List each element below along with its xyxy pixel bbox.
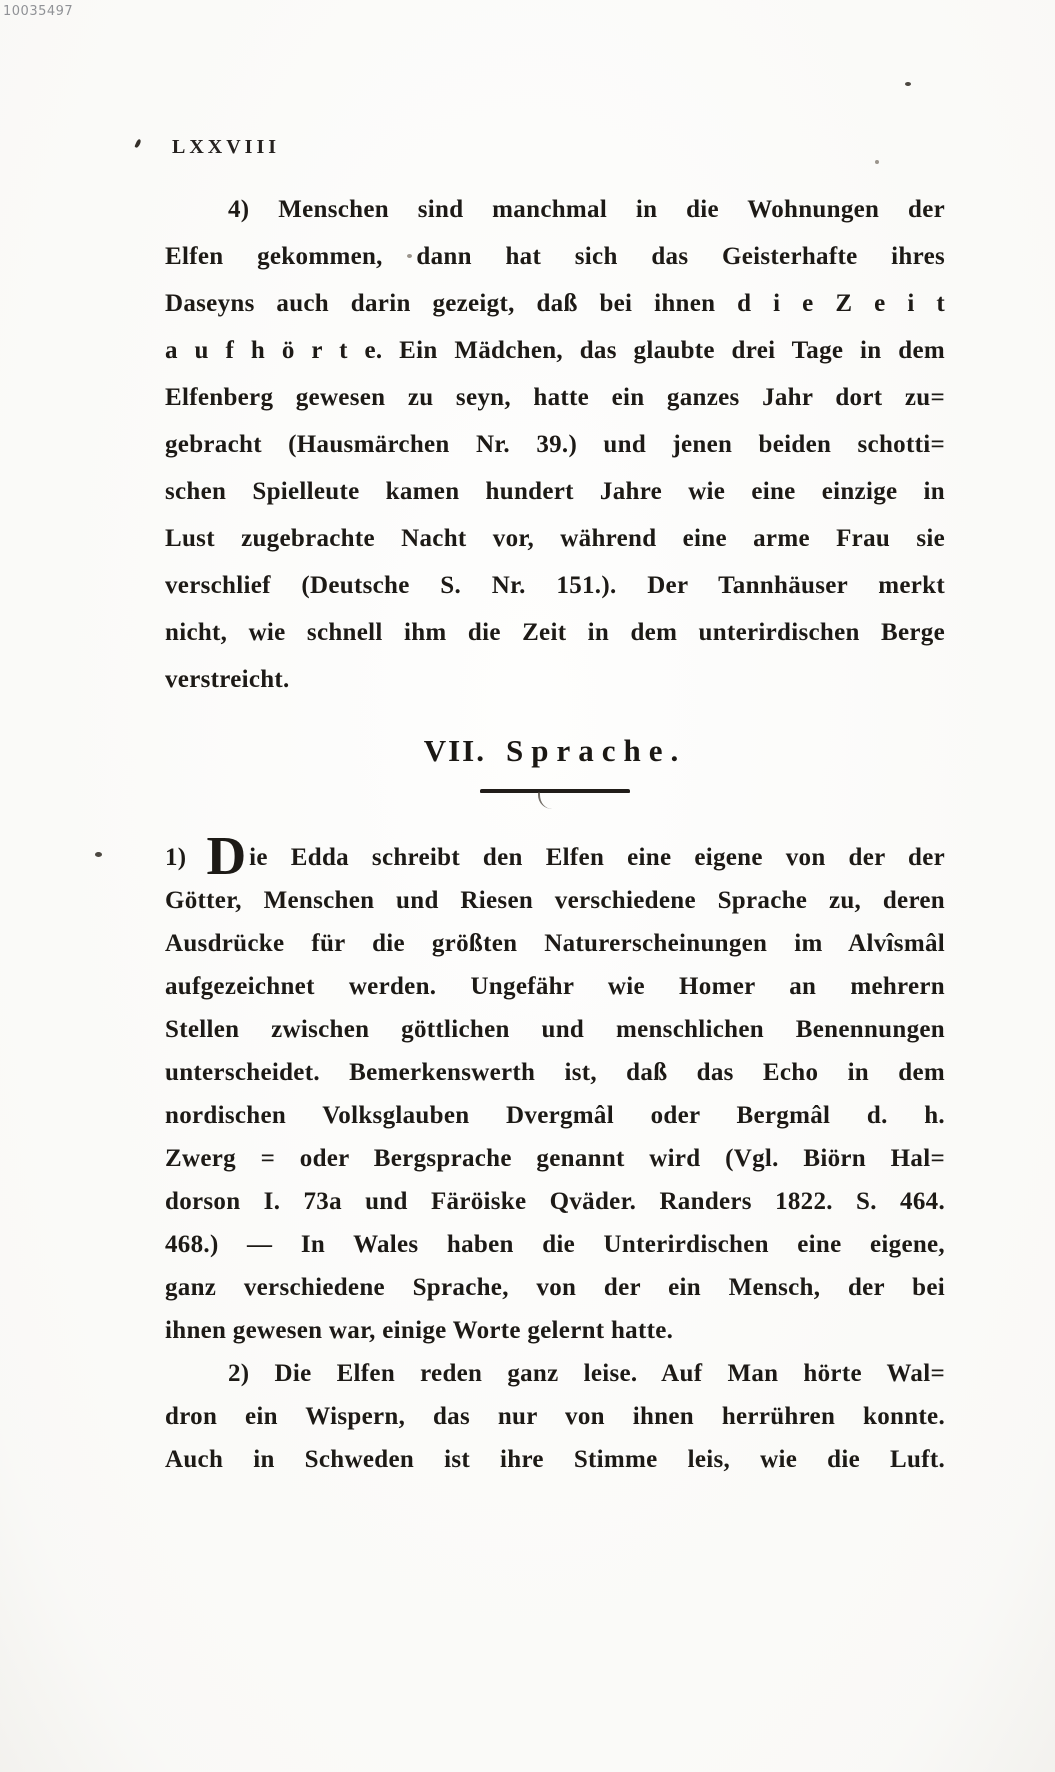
text-line: nicht, wie schnell ihm die Zeit in dem u… (165, 609, 945, 656)
scan-id-label: 10035497 (3, 4, 73, 19)
scan-speck (95, 852, 102, 857)
text-line: Zwerg = oder Bergsprache genannt wird (V… (165, 1137, 945, 1180)
text-line: 2) Die Elfen reden ganz leise. Auf Man h… (165, 1352, 945, 1395)
text-line: 4) Menschen sind manchmal in die Wohnung… (165, 186, 945, 233)
paragraph-4: 4) Menschen sind manchmal in die Wohnung… (165, 186, 945, 703)
text-line: unterscheidet. Bemerkenswerth ist, daß d… (165, 1051, 945, 1094)
text-line: nordischen Volksglauben Dvergmâl oder Be… (165, 1094, 945, 1137)
text-line: 468.) — In Wales haben die Unterirdische… (165, 1223, 945, 1266)
text-line: Daseyns auch darin gezeigt, daß bei ihne… (165, 280, 945, 327)
section-numeral: VII. (424, 733, 486, 768)
text-line: Lust zugebrachte Nacht vor, während eine… (165, 515, 945, 562)
text-line: dorson I. 73a und Färöiske Qväder. Rande… (165, 1180, 945, 1223)
text-line: verstreicht. (165, 656, 945, 703)
text-line-rest: ie Edda schreibt den Elfen eine eigene v… (249, 844, 945, 871)
text-line: Ausdrücke für die größten Naturerscheinu… (165, 922, 945, 965)
dropcap-initial: D (206, 841, 246, 871)
text-line: ganz verschiedene Sprache, von der ein M… (165, 1266, 945, 1309)
text-line: Elfen gekommen, dann hat sich das Geiste… (165, 233, 945, 280)
section-heading: VII.Sprache. (165, 729, 945, 773)
scan-speck (134, 139, 141, 149)
scan-speck (875, 160, 879, 164)
text-line: Elfenberg gewesen zu seyn, hatte ein gan… (165, 374, 945, 421)
text-line: Auch in Schweden ist ihre Stimme leis, w… (165, 1438, 945, 1481)
paragraph-1-marker: 1) (165, 844, 186, 871)
text-line: Götter, Menschen und Riesen verschiedene… (165, 879, 945, 922)
text-line: dron ein Wispern, das nur von ihnen herr… (165, 1395, 945, 1438)
scan-speck (905, 82, 911, 86)
section-divider-rule (480, 789, 630, 793)
section-vii-body: 1)Die Edda schreibt den Elfen eine eigen… (165, 836, 945, 1481)
text-line: aufgezeichnet werden. Ungefähr wie Homer… (165, 965, 945, 1008)
text-line: a u f h ö r t e. Ein Mädchen, das glaubt… (165, 327, 945, 374)
book-page: 10035497 LXXVIII 4) Menschen sind manchm… (0, 0, 1055, 1772)
text-line: Stellen zwischen göttlichen und menschli… (165, 1008, 945, 1051)
text-line: verschlief (Deutsche S. Nr. 151.). Der T… (165, 562, 945, 609)
text-line: schen Spielleute kamen hundert Jahre wie… (165, 468, 945, 515)
page-number: LXXVIII (172, 136, 280, 159)
text-line: gebracht (Hausmärchen Nr. 39.) und jenen… (165, 421, 945, 468)
text-line-with-dropcap: 1)Die Edda schreibt den Elfen eine eigen… (165, 836, 945, 879)
text-line: ihnen gewesen war, einige Worte gelernt … (165, 1309, 945, 1352)
section-title: Sprache. (506, 733, 686, 768)
